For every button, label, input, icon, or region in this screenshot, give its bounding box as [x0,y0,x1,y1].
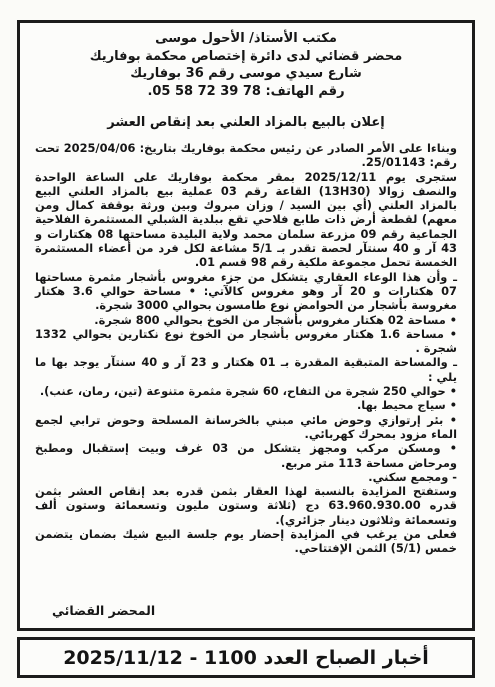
body-paragraph: - ومجمع سكني. [35,470,457,484]
body-paragraph: ـ وأن هذا الوعاء العقاري يتشكل من جزء مغ… [35,270,457,313]
body-paragraph: وستفتح المزايدة بالنسبة لهذا العقار بثمن… [35,484,457,527]
bailiff-title: محضر قضائي لدى دائرة إختصاص محكمة بوفاري… [35,48,457,66]
body-paragraph: • مساحة 1.6 هكتار مغروس بأشجار من الخوخ … [35,327,457,356]
scanned-announcement-page: مكتب الأستاذ/ الأحول موسى محضر قضائي لدى… [0,0,495,687]
newspaper-issue-line: أخبار الصباح العدد 1100 - 2025/11/12 [63,647,429,669]
body-paragraph: • بئر إرتوازي وحوض مائي مبني بالخرسانة ا… [35,413,457,442]
announcement-title: إعلان بالبيع بالمزاد العلني بعد إنقاص ال… [35,115,457,130]
body-paragraph: • سياج محيط بها. [35,398,457,412]
office-address: شارع سيدي موسى رقم 36 بوفاريك [35,65,457,83]
body-paragraph: ـ والمساحة المتبقية المقدرة بـ 01 هكتار … [35,355,457,384]
body-paragraph: وبناءا على الأمر الصادر عن رئيس محكمة بو… [35,141,457,170]
body-paragraph: • حوالي 250 شجرة من التفاح، 60 شجرة مثمر… [35,384,457,398]
body-paragraph: فعلى من يرغب في المزايدة إحضار يوم جلسة … [35,527,457,556]
phone-line: رقم الهاتف: ‪05 58 72 39 78‬. [35,83,457,101]
body-paragraph: • مساحة 02 هكتار مغروس بأشجار من الخوخ ب… [35,313,457,327]
announcement-frame: مكتب الأستاذ/ الأحول موسى محضر قضائي لدى… [17,20,475,631]
office-name: مكتب الأستاذ/ الأحول موسى [35,30,457,48]
body-paragraph: ستجرى يوم 2025/12/11 بمقر محكمة بوفاريك … [35,170,457,270]
office-header: مكتب الأستاذ/ الأحول موسى محضر قضائي لدى… [35,30,457,100]
bailiff-signature-label: المحضر القضائي [52,603,155,618]
body-paragraph: • ومسكن مركب ومجهز يتشكل من 03 غرف وبيت … [35,441,457,470]
announcement-body: وبناءا على الأمر الصادر عن رئيس محكمة بو… [35,141,457,556]
newspaper-footer-bar: أخبار الصباح العدد 1100 - 2025/11/12 [17,637,475,678]
